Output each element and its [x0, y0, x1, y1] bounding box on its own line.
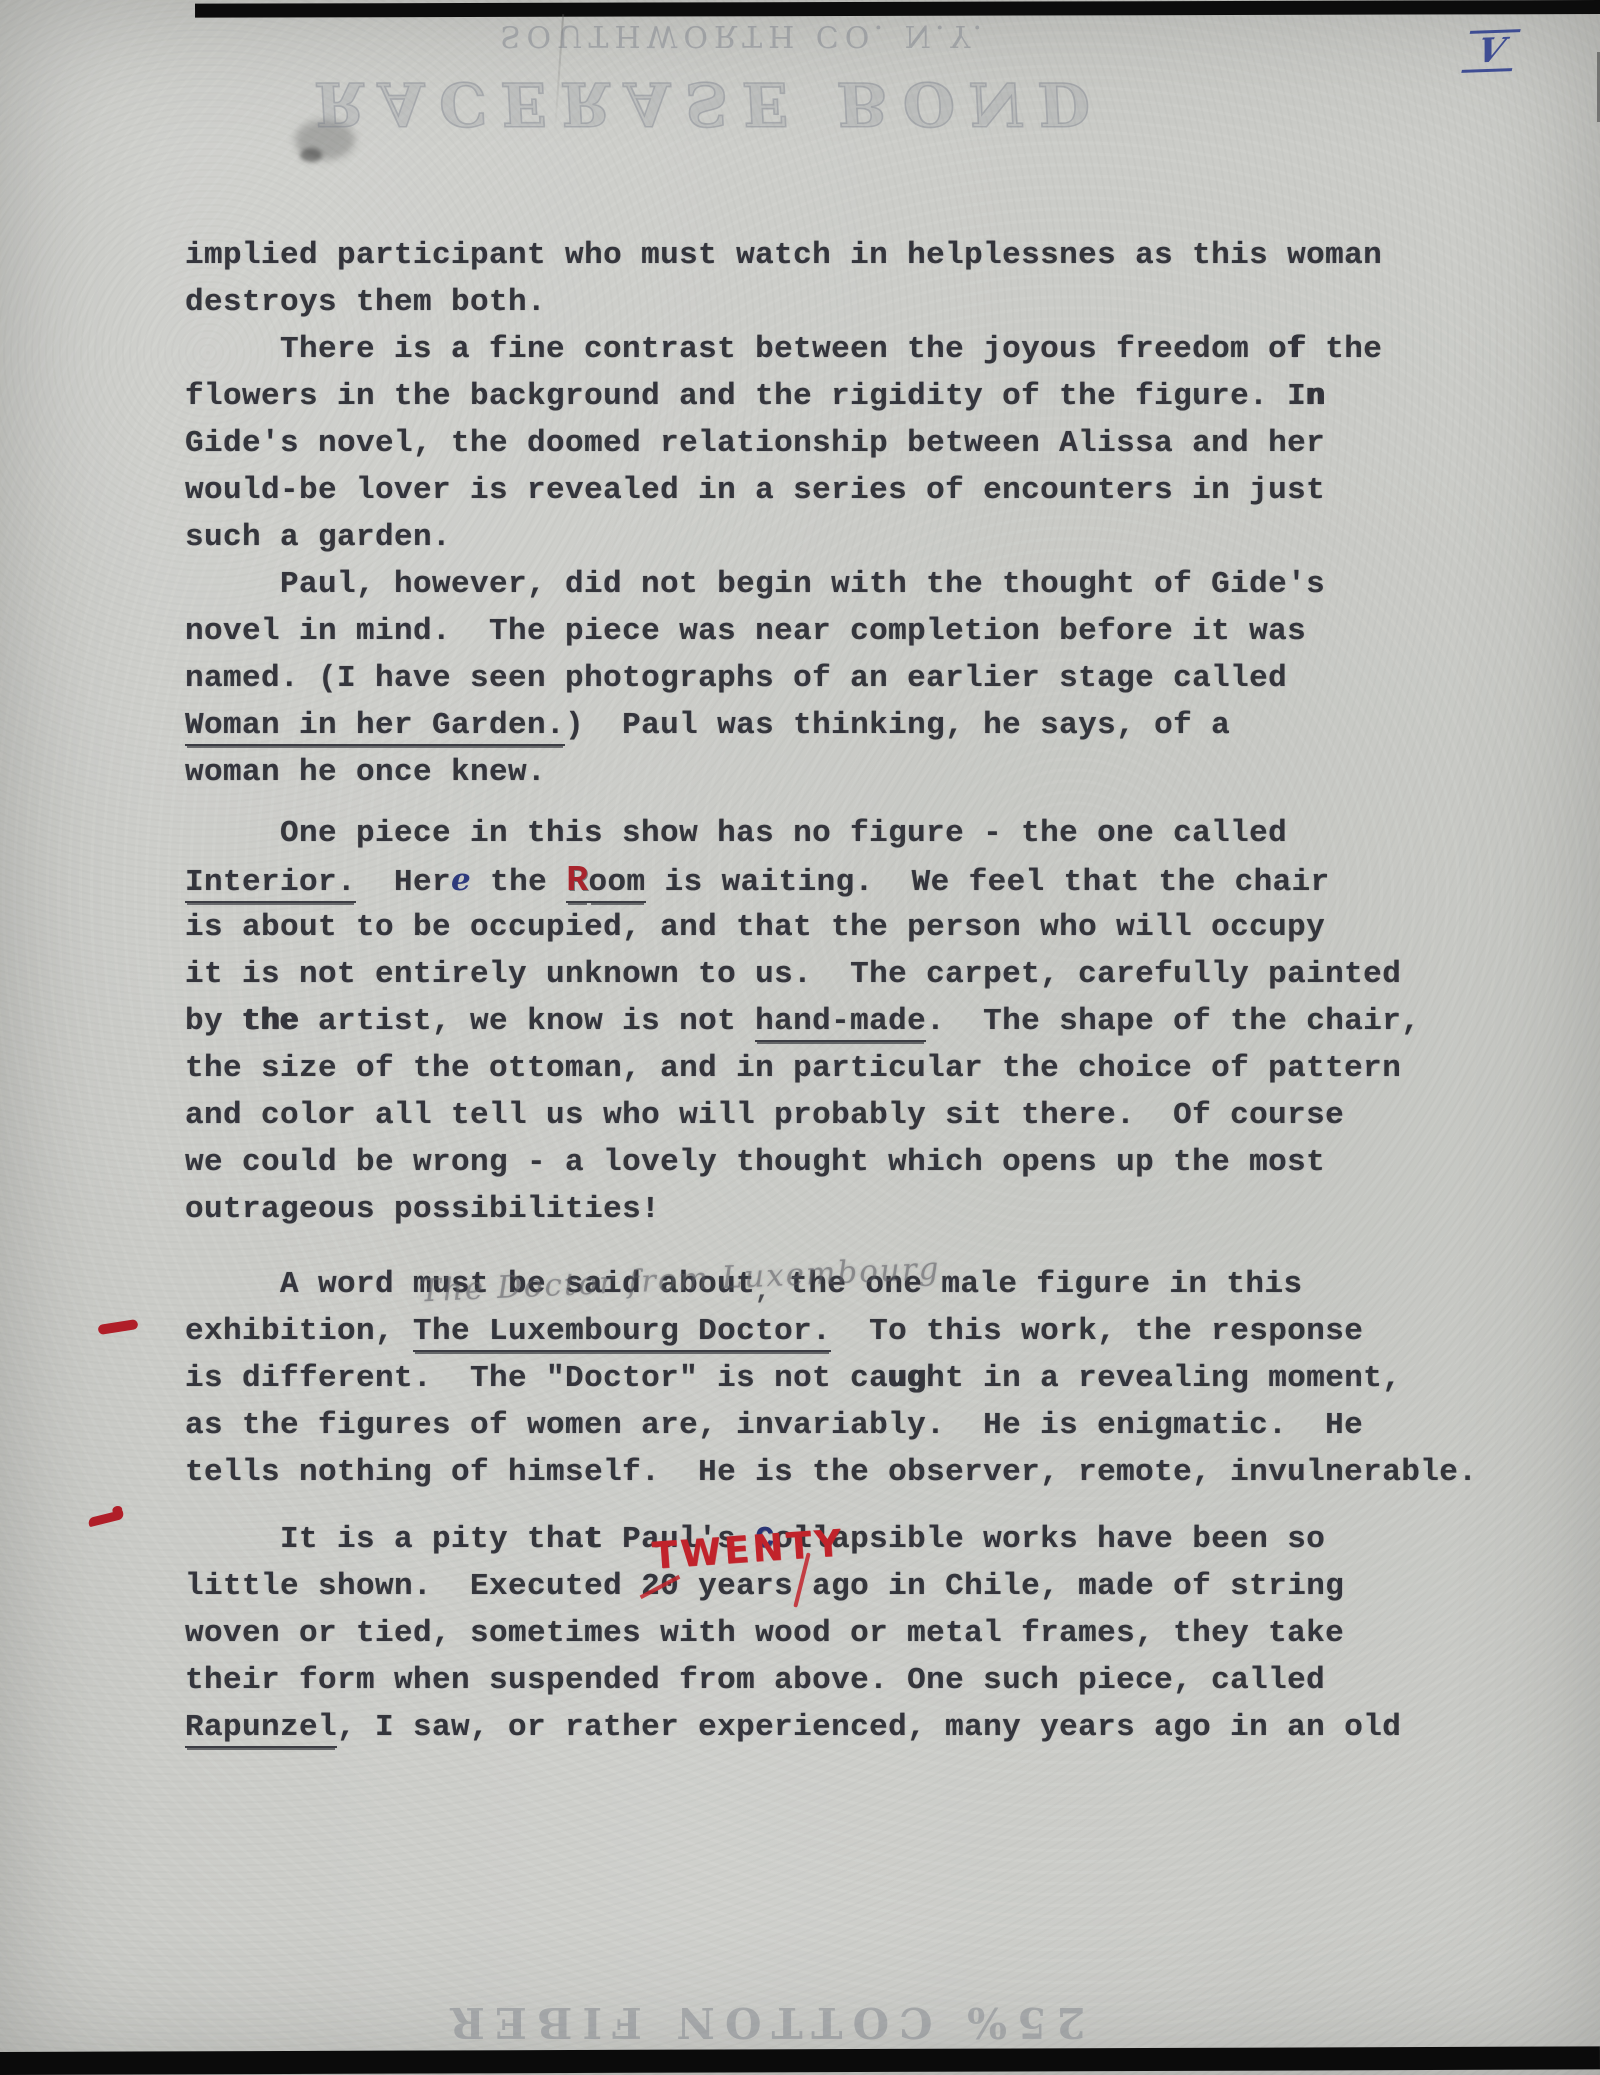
typed-segment: flowers in the background and the rigidi…: [185, 379, 1306, 414]
watermark-cotton-fiber: 25% COTTON FIBER: [440, 1998, 1085, 2047]
typed-line: such a garden.: [185, 514, 1515, 561]
typed-segment: ) Paul was thinking, he says, of a: [565, 708, 1230, 743]
typed-segment: Paul, however, did not begin with the th…: [280, 567, 1325, 602]
typed-segment-ot: f: [1287, 332, 1306, 367]
paragraph: One piece in this show has no figure - t…: [185, 810, 1515, 1233]
typed-segment: as the figures of women are, invariably.…: [185, 1408, 1363, 1443]
typed-segment-ot: ug: [888, 1361, 926, 1396]
typed-line: implied participant who must watch in he…: [185, 232, 1515, 279]
typed-line: their form when suspended from above. On…: [185, 1657, 1515, 1704]
typed-line: woven or tied, sometimes with wood or me…: [185, 1610, 1515, 1657]
typed-line: Woman in her Garden.) Paul was thinking,…: [185, 702, 1515, 749]
page-number-annotation: V: [1461, 29, 1521, 73]
paragraph: It is a pity that Paul's Collapsible wor…: [185, 1516, 1515, 1751]
typed-segment: exhibition,: [185, 1314, 413, 1349]
typed-text: implied participant who must watch in he…: [185, 232, 1515, 1751]
typed-segment: It is a pity tha: [280, 1522, 584, 1557]
typed-segment-blue-ins: e: [451, 862, 471, 898]
typed-segment: ollapsible works have been so: [774, 1522, 1325, 1557]
typed-line: and color all tell us who will probably …: [185, 1092, 1515, 1139]
paragraph: implied participant who must watch in he…: [185, 232, 1515, 326]
typed-segment-ot: n: [1306, 379, 1325, 414]
typed-line: flowers in the background and the rigidi…: [185, 373, 1515, 420]
typed-segment: Her: [356, 865, 451, 900]
typed-segment-u: hand-made: [755, 1004, 926, 1042]
typed-line: by the artist, we know is not hand-made.…: [185, 998, 1515, 1045]
typed-line: woman he once knew.: [185, 749, 1515, 796]
typed-segment: There is a fine contrast between the joy…: [280, 332, 1287, 367]
typed-line: would-be lover is revealed in a series o…: [185, 467, 1515, 514]
typed-segment-u: Rapunzel: [185, 1710, 337, 1748]
typed-segment: we could be wrong - a lovely thought whi…: [185, 1145, 1325, 1180]
typed-segment: the: [471, 865, 566, 900]
typed-segment-u: The Luxembourg Doctor.: [413, 1314, 831, 1352]
typed-segment: tells nothing of himself. He is the obse…: [185, 1455, 1477, 1490]
typed-segment: ht in a revealing moment,: [926, 1361, 1401, 1396]
typed-segment: years ago in Chile, made of string: [679, 1569, 1344, 1604]
typed-segment: is waiting. We feel that the chair: [646, 865, 1330, 900]
typed-line: Paul, however, did not begin with the th…: [185, 561, 1515, 608]
typed-segment-u: oom: [589, 865, 646, 903]
typed-segment: One piece in this show has no figure - t…: [280, 816, 1287, 851]
paragraph: There is a fine contrast between the joy…: [185, 326, 1515, 561]
typed-line: Gide's novel, the doomed relationship be…: [185, 420, 1515, 467]
typed-segment: outrageous possibilities!: [185, 1192, 660, 1227]
typed-segment: named. (I have seen photographs of an ea…: [185, 661, 1287, 696]
typed-segment: , I saw, or rather experienced, many yea…: [337, 1710, 1401, 1745]
typed-segment: such a garden.: [185, 520, 451, 555]
typed-line: Interior. Here the Room is waiting. We f…: [185, 857, 1515, 904]
typed-line: destroys them both.: [185, 279, 1515, 326]
typed-segment-u: Interior.: [185, 865, 356, 903]
typed-line: little shown. Executed 20 years ago in C…: [185, 1563, 1515, 1610]
typed-line: tells nothing of himself. He is the obse…: [185, 1449, 1515, 1496]
typed-segment: and color all tell us who will probably …: [185, 1098, 1344, 1133]
typed-segment: Gide's novel, the doomed relationship be…: [185, 426, 1325, 461]
typed-line: Rapunzel, I saw, or rather experienced, …: [185, 1704, 1515, 1751]
typed-segment: artist, we know is not: [299, 1004, 755, 1039]
typed-segment-ot: t: [584, 1522, 603, 1557]
typed-segment-ot: the: [242, 1004, 299, 1039]
typed-segment: little shown. Executed: [185, 1569, 641, 1604]
typed-line: is about to be occupied, and that the pe…: [185, 904, 1515, 951]
scanned-typescript-page: SOUTHWORTH CO. N.Y. RACERASE BOND 25% CO…: [0, 0, 1600, 2075]
typed-line: There is a fine contrast between the joy…: [185, 326, 1515, 373]
typed-segment: To this work, the response: [831, 1314, 1363, 1349]
typed-line: outrageous possibilities!: [185, 1186, 1515, 1233]
typed-line: is different. The "Doctor" is not caught…: [185, 1355, 1515, 1402]
typed-segment: by: [185, 1004, 242, 1039]
watermark-maker-line: SOUTHWORTH CO. N.Y.: [500, 18, 1120, 53]
typed-line: exhibition, The Luxembourg Doctor. To th…: [185, 1308, 1515, 1355]
typed-segment-u: Woman in her Garden.: [185, 708, 565, 746]
typed-segment: . The shape of the chair,: [926, 1004, 1420, 1039]
typed-segment: destroys them both.: [185, 285, 546, 320]
typed-segment: is about to be occupied, and that the pe…: [185, 910, 1325, 945]
typed-segment: the size of the ottoman, and in particul…: [185, 1051, 1401, 1086]
watermark-brand: RACERASE BOND: [310, 68, 1109, 138]
typed-segment: the: [1306, 332, 1382, 367]
typed-segment: it is not entirely unknown to us. The ca…: [185, 957, 1401, 992]
typed-line: we could be wrong - a lovely thought whi…: [185, 1139, 1515, 1186]
typed-line: as the figures of women are, invariably.…: [185, 1402, 1515, 1449]
typed-segment: novel in mind. The piece was near comple…: [185, 614, 1306, 649]
typed-segment: woman he once knew.: [185, 755, 546, 790]
paragraph: Paul, however, did not begin with the th…: [185, 561, 1515, 796]
typed-segment: their form when suspended from above. On…: [185, 1663, 1325, 1698]
ink-smudge: [300, 148, 322, 162]
typed-segment: implied participant who must watch in he…: [185, 238, 1382, 273]
typed-line: One piece in this show has no figure - t…: [185, 810, 1515, 857]
typed-segment: would-be lover is revealed in a series o…: [185, 473, 1325, 508]
typed-segment-redR: R: [566, 860, 588, 903]
paragraph: A word must be said about, the one male …: [185, 1261, 1515, 1496]
typed-line: novel in mind. The piece was near comple…: [185, 608, 1515, 655]
typed-line: named. (I have seen photographs of an ea…: [185, 655, 1515, 702]
typed-segment: woven or tied, sometimes with wood or me…: [185, 1616, 1344, 1651]
typed-line: it is not entirely unknown to us. The ca…: [185, 951, 1515, 998]
typed-line: It is a pity that Paul's Collapsible wor…: [185, 1516, 1515, 1563]
typed-segment: is different. The "Doctor" is not ca: [185, 1361, 888, 1396]
typed-line: the size of the ottoman, and in particul…: [185, 1045, 1515, 1092]
